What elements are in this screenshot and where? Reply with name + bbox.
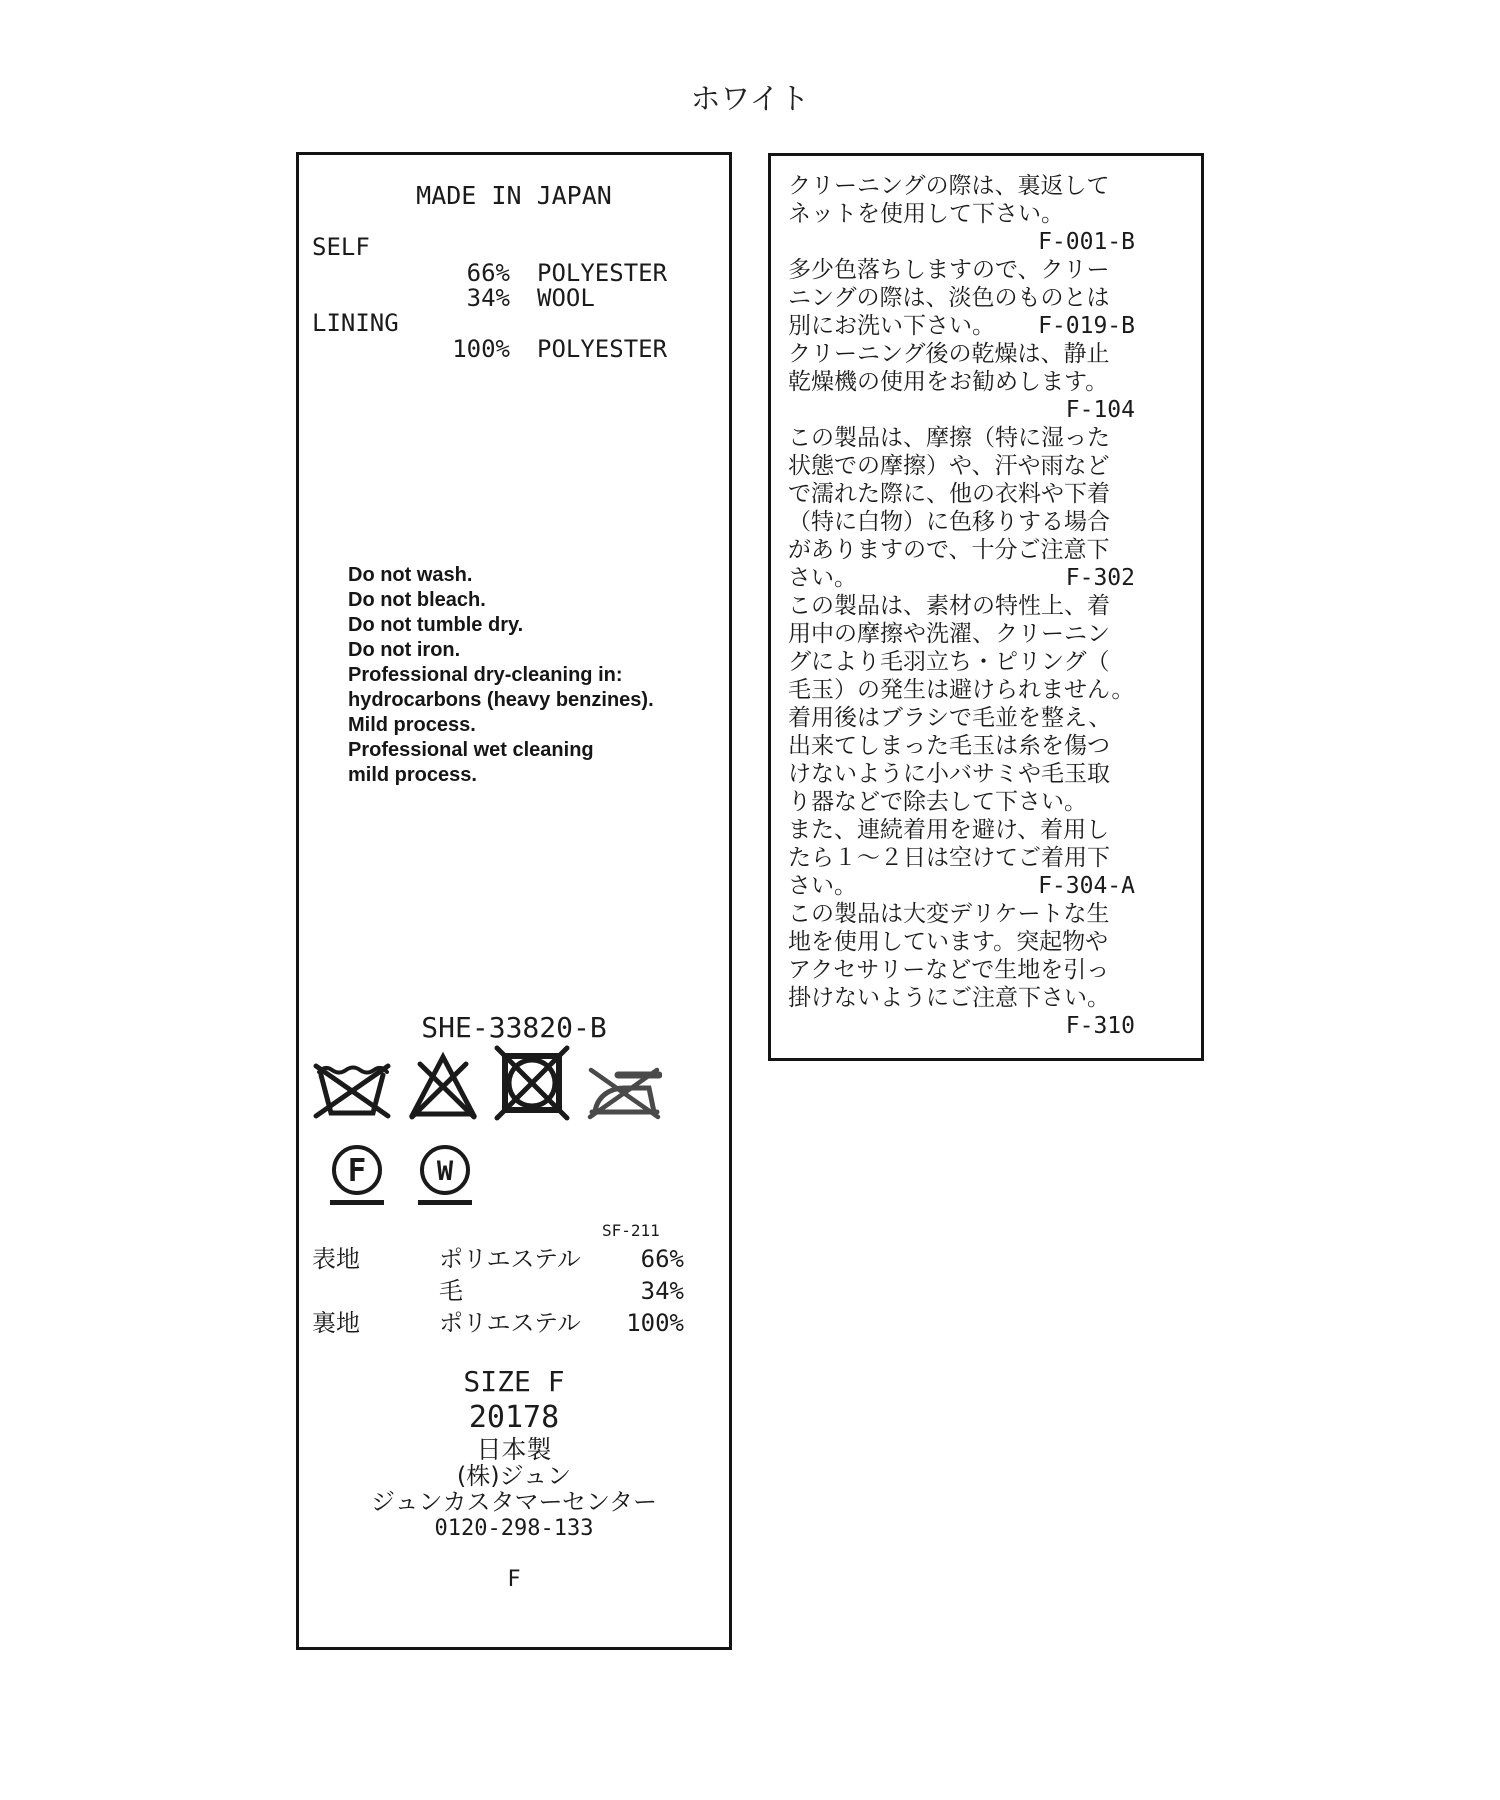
care-note-text: 着用後はブラシで毛並を整え、 <box>788 704 1111 732</box>
care-note-line: クリーニングの際は、裏返して <box>788 172 1135 200</box>
care-note-line: 毛玉）の発生は避けられません。 <box>788 676 1135 704</box>
care-note-text: この製品は大変デリケートな生 <box>788 900 1110 928</box>
care-note-line: さい。F-302 <box>788 564 1135 592</box>
wet-clean-letter: W <box>437 1156 454 1187</box>
care-note-line: さい。F-304-A <box>788 872 1135 900</box>
care-note-text: 出来てしまった毛玉は糸を傷つ <box>788 732 1110 760</box>
care-note-line: グにより毛羽立ち・ピリング（ <box>788 648 1135 676</box>
self-section-label: SELF <box>312 233 370 261</box>
care-label-left: MADE IN JAPAN SELF 66%POLYESTER34%WOOL L… <box>296 152 732 1650</box>
care-label-sheet: ホワイト MADE IN JAPAN SELF 66%POLYESTER34%W… <box>0 0 1500 1800</box>
care-note-line: F-104 <box>788 396 1135 424</box>
care-note-text: この製品は、素材の特性上、着 <box>788 592 1110 620</box>
care-note-line: また、連続着用を避け、着用し <box>788 816 1135 844</box>
care-note-text: クリーニング後の乾燥は、静止 <box>788 340 1110 368</box>
care-instruction-line: Mild process. <box>348 713 654 738</box>
care-symbols-row <box>312 1047 662 1121</box>
care-note-text: さい。 <box>788 564 857 592</box>
care-note-line: ニングの際は、淡色のものとは <box>788 284 1135 312</box>
care-instruction-line: Do not wash. <box>348 563 654 588</box>
composition-percent: 100% <box>600 1307 684 1339</box>
care-note-text: 掛けないようにご注意下さい。 <box>788 984 1110 1012</box>
care-note-text: 乾燥機の使用をお勧めします。 <box>788 368 1108 396</box>
care-note-text: 状態での摩擦）や、汗や雨など <box>788 452 1110 480</box>
product-code: SHE-33820-B <box>299 1011 729 1044</box>
care-note-line: 乾燥機の使用をお勧めします。 <box>788 368 1135 396</box>
composition-part: 裏地 <box>312 1307 439 1339</box>
care-note-line: 多少色落ちしますので、クリー <box>788 256 1135 284</box>
customer-phone: 0120-298-133 <box>299 1516 729 1541</box>
composition-fiber: ポリエステル <box>439 1307 600 1339</box>
care-note-line: F-310 <box>788 1012 1135 1040</box>
do-not-tumble-dry-icon <box>494 1043 570 1121</box>
dry-clean-f-mild-icon: F <box>328 1143 386 1211</box>
care-note-line: がありますので、十分ご注意下 <box>788 536 1135 564</box>
composition-table-jp: 表地ポリエステル66%毛34%裏地ポリエステル100% <box>299 1243 729 1339</box>
care-note-text: たら１～２日は空けてご着用下 <box>788 844 1110 872</box>
composition-fiber: ポリエステル <box>439 1243 600 1275</box>
professional-cleaning-row: F W <box>328 1143 474 1211</box>
care-note-line: けないように小バサミや毛玉取 <box>788 760 1135 788</box>
care-note-text: ネットを使用して下さい。 <box>788 200 1064 228</box>
fiber-content-row: 66%POLYESTER <box>299 259 729 284</box>
care-notes-jp: クリーニングの際は、裏返してネットを使用して下さい。F-001-B多少色落ちしま… <box>788 172 1135 1040</box>
care-note-code: F-001-B <box>1038 228 1135 256</box>
fiber-name: POLYESTER <box>537 259 667 287</box>
care-note-line: この製品は、摩擦（特に湿った <box>788 424 1135 452</box>
fiber-percent: 34% <box>299 284 510 312</box>
care-instructions-en: Do not wash.Do not bleach.Do not tumble … <box>348 563 654 788</box>
care-note-line: り器などで除去して下さい。 <box>788 788 1135 816</box>
care-instruction-line: Do not iron. <box>348 638 654 663</box>
composition-part: 表地 <box>312 1243 439 1275</box>
sf-code: SF-211 <box>602 1221 660 1240</box>
care-note-code: F-304-A <box>1038 872 1135 900</box>
care-note-line: F-001-B <box>788 228 1135 256</box>
care-note-code: F-310 <box>1066 1012 1135 1040</box>
care-note-text: この製品は、摩擦（特に湿った <box>788 424 1110 452</box>
page-title: ホワイト <box>0 74 1500 118</box>
care-note-text: 地を使用しています。突起物や <box>788 928 1108 956</box>
care-instruction-line: Professional dry-cleaning in: <box>348 663 654 688</box>
size-mark: F <box>299 1568 729 1592</box>
care-note-code: F-104 <box>1066 396 1135 424</box>
lining-section-label: LINING <box>312 309 399 337</box>
care-note-line: この製品は、素材の特性上、着 <box>788 592 1135 620</box>
care-note-line: 用中の摩擦や洗濯、クリーニン <box>788 620 1135 648</box>
fiber-name: WOOL <box>537 284 595 312</box>
care-instruction-line: Professional wet cleaning <box>348 738 654 763</box>
composition-row: 表地ポリエステル66% <box>299 1243 729 1275</box>
care-note-text: ニングの際は、淡色のものとは <box>788 284 1110 312</box>
fiber-content-row: 100%POLYESTER <box>299 335 729 360</box>
care-note-line: 着用後はブラシで毛並を整え、 <box>788 704 1135 732</box>
care-note-text: けないように小バサミや毛玉取 <box>788 760 1110 788</box>
dry-clean-letter: F <box>348 1153 367 1189</box>
care-instruction-line: hydrocarbons (heavy benzines). <box>348 688 654 713</box>
care-note-line: 出来てしまった毛玉は糸を傷つ <box>788 732 1135 760</box>
care-instruction-line: Do not bleach. <box>348 588 654 613</box>
care-note-text: 用中の摩擦や洗濯、クリーニン <box>788 620 1110 648</box>
care-label-right: クリーニングの際は、裏返してネットを使用して下さい。F-001-B多少色落ちしま… <box>768 153 1204 1061</box>
composition-row: 裏地ポリエステル100% <box>299 1307 729 1339</box>
lining-composition-rows: 100%POLYESTER <box>299 335 729 360</box>
care-note-text: グにより毛羽立ち・ピリング（ <box>788 648 1110 676</box>
care-note-line: この製品は大変デリケートな生 <box>788 900 1135 928</box>
do-not-bleach-icon <box>408 1051 478 1121</box>
care-note-text: がありますので、十分ご注意下 <box>788 536 1110 564</box>
label-bottom-block: SIZE F 20178 日本製 (株)ジュン ジュンカスタマーセンター 012… <box>299 1365 729 1592</box>
care-instruction-line: mild process. <box>348 763 654 788</box>
composition-part <box>312 1275 439 1307</box>
care-note-text: （特に白物）に色移りする場合 <box>788 508 1110 536</box>
care-note-text: アクセサリーなどで生地を引っ <box>788 956 1109 984</box>
fiber-name: POLYESTER <box>537 335 667 363</box>
care-note-line: たら１～２日は空けてご着用下 <box>788 844 1135 872</box>
fiber-percent: 100% <box>299 335 510 363</box>
care-note-text: 別にお洗い下さい。 <box>788 312 995 340</box>
composition-percent: 34% <box>600 1275 684 1307</box>
care-note-line: 地を使用しています。突起物や <box>788 928 1135 956</box>
care-note-line: （特に白物）に色移りする場合 <box>788 508 1135 536</box>
fiber-content-row: 34%WOOL <box>299 284 729 309</box>
wet-clean-w-mild-icon: W <box>416 1143 474 1211</box>
care-note-code: F-302 <box>1066 564 1135 592</box>
care-note-line: 状態での摩擦）や、汗や雨など <box>788 452 1135 480</box>
self-composition-rows: 66%POLYESTER34%WOOL <box>299 259 729 309</box>
fiber-percent: 66% <box>299 259 510 287</box>
composition-percent: 66% <box>600 1243 684 1275</box>
care-note-text: で濡れた際に、他の衣料や下着 <box>788 480 1110 508</box>
care-note-text: り器などで除去して下さい。 <box>788 788 1087 816</box>
composition-fiber: 毛 <box>439 1275 600 1307</box>
company-name: (株)ジュン <box>299 1463 729 1489</box>
customer-center: ジュンカスタマーセンター <box>299 1489 729 1516</box>
care-note-text: クリーニングの際は、裏返して <box>788 172 1110 200</box>
do-not-wash-icon <box>312 1059 392 1121</box>
care-note-line: で濡れた際に、他の衣料や下着 <box>788 480 1135 508</box>
care-note-text: さい。 <box>788 872 857 900</box>
care-note-line: 掛けないようにご注意下さい。 <box>788 984 1135 1012</box>
care-note-line: アクセサリーなどで生地を引っ <box>788 956 1135 984</box>
made-in-text: MADE IN JAPAN <box>299 181 729 210</box>
size-line: SIZE F <box>299 1365 729 1399</box>
care-note-line: ネットを使用して下さい。 <box>788 200 1135 228</box>
do-not-iron-icon <box>586 1061 662 1121</box>
care-note-line: 別にお洗い下さい。F-019-B <box>788 312 1135 340</box>
care-note-code: F-019-B <box>1038 312 1135 340</box>
composition-row: 毛34% <box>299 1275 729 1307</box>
care-note-text: また、連続着用を避け、着用し <box>788 816 1109 844</box>
care-instruction-line: Do not tumble dry. <box>348 613 654 638</box>
style-number: 20178 <box>299 1399 729 1436</box>
care-note-text: 多少色落ちしますので、クリー <box>788 256 1110 284</box>
care-note-line: クリーニング後の乾燥は、静止 <box>788 340 1135 368</box>
care-note-text: 毛玉）の発生は避けられません。 <box>788 676 1134 704</box>
country-of-origin: 日本製 <box>299 1436 729 1463</box>
